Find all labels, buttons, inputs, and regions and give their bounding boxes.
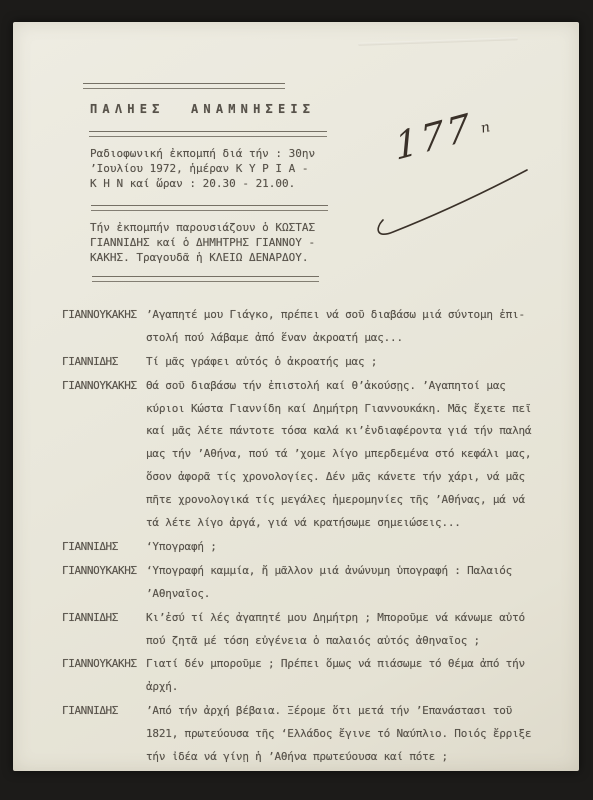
broadcast-info-line: Κ Η Ν καί ὥραν : 20.30 - 21.00.	[90, 176, 315, 191]
divider-rule-top	[83, 83, 285, 89]
dialogue-speaker: ΓΙΑΝΝΟΥΚΑΚΗΣ	[62, 653, 146, 699]
dialogue-text: Τί μᾶς γράφει αὐτός ὁ ἀκροατής μας ;	[146, 351, 562, 374]
dialogue-line: ’Από τήν ἀρχή βέβαια. Ξέρομε ὅτι μετά τή…	[146, 700, 562, 723]
dialogue-entry: ΓΙΑΝΝΟΥΚΑΚΗΣ ’Αγαπητέ μου Γιάγκο, πρέπει…	[62, 304, 562, 350]
presenters-info: Τήν ἐκπομπήν παρουσιάζουν ὁ ΚΩΣΤΑΣ ΓΙΑΝΝ…	[90, 220, 315, 265]
dialogue-entry: ΓΙΑΝΝΙΔΗΣ ‘Υπογραφή ;	[62, 536, 562, 559]
dialogue-speaker: ΓΙΑΝΝΟΥΚΑΚΗΣ	[62, 560, 146, 606]
dialogue-line: πῆτε χρονολογικά τίς μεγάλες ἡμερομηνίες…	[146, 489, 562, 512]
dialogue-line: ’Αγαπητέ μου Γιάγκο, πρέπει νά σοῦ διαβά…	[146, 304, 562, 327]
presenters-info-line: Τήν ἐκπομπήν παρουσιάζουν ὁ ΚΩΣΤΑΣ	[90, 220, 315, 235]
paper-crease	[358, 37, 518, 46]
dialogue-line: καί μᾶς λέτε πάντοτε τόσα καλά κι’ἐνδιαφ…	[146, 420, 562, 443]
handwritten-number-superscript: n	[479, 119, 491, 137]
divider-rule-mid	[91, 205, 328, 211]
dialogue-text: ’Αγαπητέ μου Γιάγκο, πρέπει νά σοῦ διαβά…	[146, 304, 562, 350]
presenters-info-line: ΓΙΑΝΝΙΔΗΣ καί ὁ ΔΗΜΗΤΡΗΣ ΓΙΑΝΝΟΥ -	[90, 235, 315, 250]
page-title: ΠΑΛΗΕΣ ΑΝΑΜΝΗΣΕΙΣ	[90, 102, 315, 116]
dialogue-speaker: ΓΙΑΝΝΙΔΗΣ	[62, 700, 146, 769]
handwritten-number-digits: 177	[393, 105, 474, 169]
dialogue-speaker: ΓΙΑΝΝΟΥΚΑΚΗΣ	[62, 375, 146, 535]
broadcast-info-line: ’Ιουλίου 1972, ἡμέραν Κ Υ Ρ Ι Α -	[90, 161, 315, 176]
dialogue-text: ‘Υπογραφή ;	[146, 536, 562, 559]
typewritten-page: ΠΑΛΗΕΣ ΑΝΑΜΝΗΣΕΙΣ Ραδιοφωνική ἐκπομπή δι…	[13, 22, 579, 771]
dialogue-section: ΓΙΑΝΝΟΥΚΑΚΗΣ ’Αγαπητέ μου Γιάγκο, πρέπει…	[62, 304, 562, 770]
scan-background: { "colors": { "background": "#1c1b19", "…	[0, 0, 593, 800]
dialogue-text: Γιατί δέν μποροῦμε ; Πρέπει ὅμως νά πιάσ…	[146, 653, 562, 699]
divider-rule-below-title	[89, 131, 327, 137]
dialogue-line: Κι’ἐσύ τί λές ἀγαπητέ μου Δημήτρη ; Μπορ…	[146, 607, 562, 630]
dialogue-speaker: ΓΙΑΝΝΟΥΚΑΚΗΣ	[62, 304, 146, 350]
handwritten-page-number: 177 n	[353, 120, 548, 250]
broadcast-info: Ραδιοφωνική ἐκπομπή διά τήν : 30ην ’Ιουλ…	[90, 146, 315, 191]
dialogue-line: πού ζητᾶ μέ τόση εὐγένεια ὁ παλαιός αὐτό…	[146, 630, 562, 653]
dialogue-text: ’Από τήν ἀρχή βέβαια. Ξέρομε ὅτι μετά τή…	[146, 700, 562, 769]
dialogue-line: κύριοι Κώστα Γιαννίδη καί Δημήτρη Γιαννο…	[146, 398, 562, 421]
dialogue-line: ἀρχή.	[146, 676, 562, 699]
dialogue-line: ‘Υπογραφή καμμία, ἤ μᾶλλον μιά ἀνώνυμη ὑ…	[146, 560, 562, 583]
dialogue-speaker: ΓΙΑΝΝΙΔΗΣ	[62, 351, 146, 374]
dialogue-speaker: ΓΙΑΝΝΙΔΗΣ	[62, 607, 146, 653]
dialogue-line: ὅσον ἀφορᾶ τίς χρονολογίες. Δέν μᾶς κάνε…	[146, 466, 562, 489]
divider-rule-bottom	[92, 276, 319, 282]
dialogue-line: 1821, πρωτεύουσα τῆς ‘Ελλάδος ἔγινε τό Ν…	[146, 723, 562, 746]
dialogue-entry: ΓΙΑΝΝΟΥΚΑΚΗΣ Γιατί δέν μποροῦμε ; Πρέπει…	[62, 653, 562, 699]
dialogue-line: τά λέτε λίγο ἀργά, γιά νά κρατήσωμε σημε…	[146, 512, 562, 535]
dialogue-entry: ΓΙΑΝΝΙΔΗΣ ’Από τήν ἀρχή βέβαια. Ξέρομε ὅ…	[62, 700, 562, 769]
presenters-info-line: ΚΑΚΗΣ. Τραγουδᾶ ἡ ΚΛΕΙΩ ΔΕΝΑΡΔΟΥ.	[90, 250, 315, 265]
dialogue-line: τήν ἰδέα νά γίνῃ ἡ ’Αθήνα πρωτεύουσα καί…	[146, 746, 562, 769]
dialogue-entry: ΓΙΑΝΝΙΔΗΣ Κι’ἐσύ τί λές ἀγαπητέ μου Δημή…	[62, 607, 562, 653]
dialogue-entry: ΓΙΑΝΝΙΔΗΣ Τί μᾶς γράφει αὐτός ὁ ἀκροατής…	[62, 351, 562, 374]
dialogue-line: ’Αθηναῖος.	[146, 583, 562, 606]
dialogue-line: Τί μᾶς γράφει αὐτός ὁ ἀκροατής μας ;	[146, 351, 562, 374]
handwritten-flourish-icon	[353, 120, 548, 250]
dialogue-line: ‘Υπογραφή ;	[146, 536, 562, 559]
dialogue-line: Θά σοῦ διαβάσω τήν ἐπιστολή καί θ’ἀκούσῃ…	[146, 375, 562, 398]
dialogue-speaker: ΓΙΑΝΝΙΔΗΣ	[62, 536, 146, 559]
dialogue-line: στολή πού λάβαμε ἀπό ἕναν ἀκροατή μας...	[146, 327, 562, 350]
dialogue-text: Κι’ἐσύ τί λές ἀγαπητέ μου Δημήτρη ; Μπορ…	[146, 607, 562, 653]
dialogue-text: Θά σοῦ διαβάσω τήν ἐπιστολή καί θ’ἀκούσῃ…	[146, 375, 562, 535]
dialogue-line: μας τήν ’Αθήνα, πού τά ’χομε λίγο μπερδε…	[146, 443, 562, 466]
dialogue-line: Γιατί δέν μποροῦμε ; Πρέπει ὅμως νά πιάσ…	[146, 653, 562, 676]
dialogue-text: ‘Υπογραφή καμμία, ἤ μᾶλλον μιά ἀνώνυμη ὑ…	[146, 560, 562, 606]
broadcast-info-line: Ραδιοφωνική ἐκπομπή διά τήν : 30ην	[90, 146, 315, 161]
dialogue-entry: ΓΙΑΝΝΟΥΚΑΚΗΣ ‘Υπογραφή καμμία, ἤ μᾶλλον …	[62, 560, 562, 606]
dialogue-entry: ΓΙΑΝΝΟΥΚΑΚΗΣ Θά σοῦ διαβάσω τήν ἐπιστολή…	[62, 375, 562, 535]
